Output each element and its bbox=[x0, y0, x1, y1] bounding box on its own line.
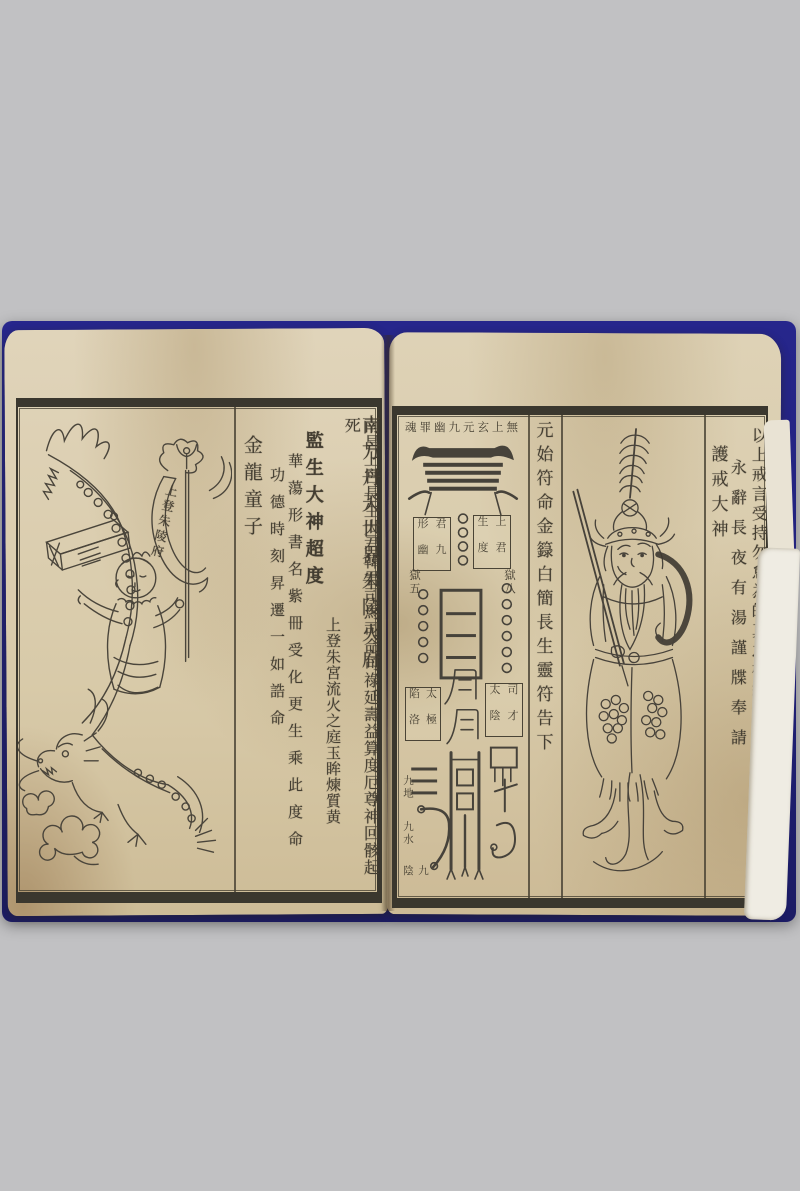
talisman-box-char: 才 bbox=[504, 710, 522, 736]
left-column-5: 金龍童子 bbox=[240, 435, 262, 543]
talisman: 魂罪幽九元玄上無 bbox=[399, 419, 527, 889]
talisman-bottom-label-3: 九陰 bbox=[401, 865, 431, 889]
talisman-box-char: 陰 bbox=[486, 710, 504, 736]
talisman-box-char: 幽 bbox=[414, 544, 432, 570]
talisman-box-char: 洛 bbox=[406, 714, 423, 740]
book-photo: 上登朱陵府 南方丹天世界朱陵火府 南昌上宮長生大君韓君司馬司命司祿延壽益算度厄尊… bbox=[0, 0, 800, 1191]
talisman-box-char: 度 bbox=[474, 542, 492, 568]
talisman-strokes bbox=[399, 419, 527, 889]
right-page-rule-1 bbox=[528, 415, 530, 898]
left-column-4-line-a: 華蕩形書名紫冊受化更生乘此度命 bbox=[286, 453, 304, 858]
talisman-bottom-label-1: 九地 bbox=[401, 775, 416, 800]
talisman-label-left: 獄五 bbox=[407, 569, 423, 596]
left-column-2-main: 南昌上宮長生大君韓君司馬司命司祿延壽益算度厄尊神回骸起死 bbox=[342, 417, 380, 892]
talisman-box-upper-left: 君 形 九 幽 bbox=[413, 517, 451, 571]
talisman-caption-column: 元始符命金籙白簡長生靈符告下 bbox=[532, 421, 552, 757]
talisman-box-char: 形 bbox=[414, 518, 432, 544]
talisman-box-char: 太 bbox=[486, 684, 504, 710]
talisman-box-char: 陷 bbox=[406, 688, 423, 714]
talisman-box-char: 九 bbox=[432, 544, 450, 570]
left-page-column-rule bbox=[234, 407, 236, 892]
talisman-box-char: 極 bbox=[423, 714, 440, 740]
talisman-box-lower-right: 司 太 才 陰 bbox=[485, 683, 523, 737]
left-column-4: 華蕩形書名紫冊受化更生乘此度命 功德時刻昇遷一如誥命 bbox=[268, 453, 304, 858]
right-page-rule-3 bbox=[704, 415, 706, 898]
guardian-general-illustration bbox=[563, 425, 701, 885]
talisman-box-char: 上 bbox=[492, 516, 510, 542]
left-column-2: 南昌上宮長生大君韓君司馬司命司祿延壽益算度厄尊神回骸起死 上登朱宮流火之庭玉眸煉… bbox=[324, 417, 380, 892]
right-column-3: 護戒大神 bbox=[707, 445, 727, 545]
talisman-box-char: 生 bbox=[474, 516, 492, 542]
left-column-2-sub: 上登朱宮流火之庭玉眸煉質黄 bbox=[324, 417, 342, 892]
left-column-3: 監生大神超度 bbox=[302, 431, 323, 593]
boy-riding-dragon-illustration: 上登朱陵府 bbox=[18, 407, 232, 890]
guardian-illustration-strokes bbox=[563, 425, 701, 885]
talisman-box-char: 太 bbox=[423, 688, 440, 714]
torn-paper-edge-upper bbox=[764, 420, 795, 561]
talisman-box-lower-left: 太 陷 極 洛 bbox=[405, 687, 441, 741]
talisman-box-char: 君 bbox=[492, 542, 510, 568]
right-column-2: 永辭長夜有湯謹牒奉請 bbox=[728, 459, 746, 759]
dragon-illustration-strokes bbox=[18, 407, 232, 890]
talisman-label-right: 獄八 bbox=[502, 569, 518, 596]
left-column-4-line-b: 功德時刻昇遷一如誥命 bbox=[268, 453, 286, 858]
talisman-box-upper-right: 上 生 君 度 bbox=[473, 515, 511, 569]
left-page-frame: 上登朱陵府 南方丹天世界朱陵火府 南昌上宮長生大君韓君司馬司命司祿延壽益算度厄尊… bbox=[16, 398, 382, 903]
talisman-bottom-label-2: 九水 bbox=[401, 821, 416, 846]
talisman-box-char: 司 bbox=[504, 684, 522, 710]
talisman-box-char: 君 bbox=[432, 518, 450, 544]
right-page-frame: 魂罪幽九元玄上無 bbox=[392, 406, 768, 908]
